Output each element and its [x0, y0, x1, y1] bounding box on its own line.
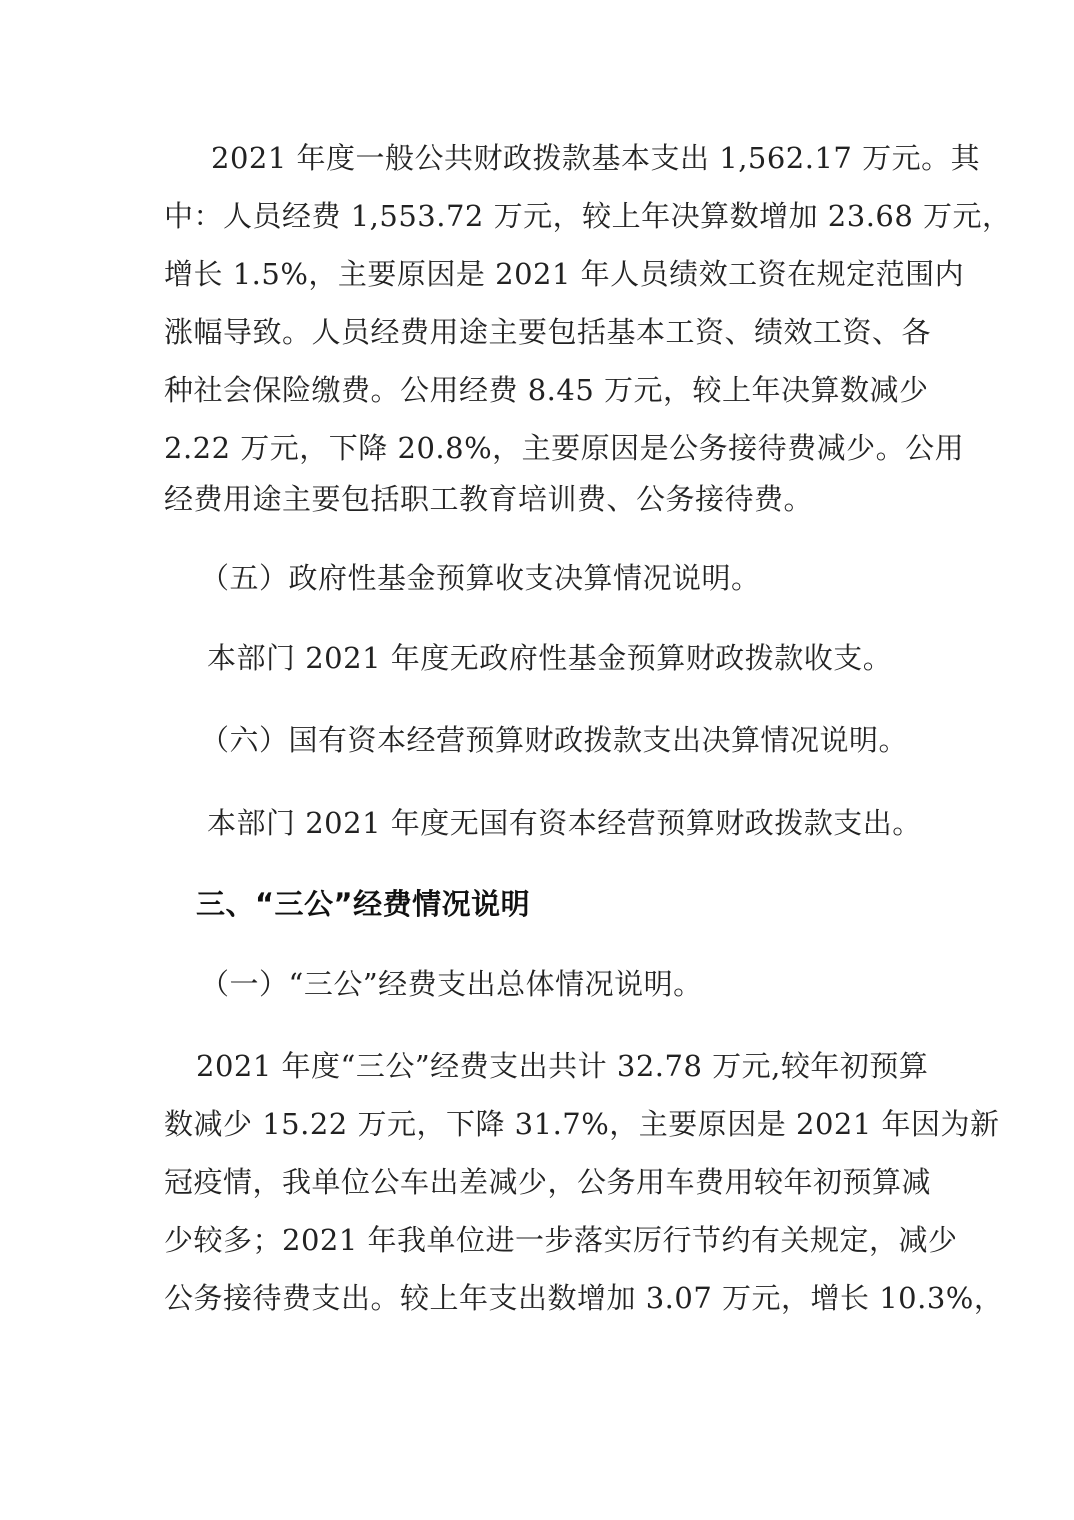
paragraph-line: 经费用途主要包括职工教育培训费、公务接待费。: [164, 479, 914, 519]
document-page: 2021 年度一般公共财政拨款基本支出 1,562.17 万元。其 中：人员经费…: [0, 0, 1074, 1520]
paragraph-line: 增长 1.5%，主要原因是 2021 年人员绩效工资在规定范围内: [164, 254, 914, 294]
paragraph-line: 数减少 15.22 万元，下降 31.7%，主要原因是 2021 年因为新: [164, 1104, 914, 1144]
paragraph-line: 少较多；2021 年我单位进一步落实厉行节约有关规定，减少: [164, 1220, 914, 1260]
paragraph-line: 种社会保险缴费。公用经费 8.45 万元，较上年决算数减少: [164, 370, 914, 410]
subheading-state-capital: （六）国有资本经营预算财政拨款支出决算情况说明。: [200, 720, 950, 760]
paragraph-line: 涨幅导致。人员经费用途主要包括基本工资、绩效工资、各: [164, 312, 914, 352]
subheading-government-fund: （五）政府性基金预算收支决算情况说明。: [200, 558, 950, 598]
paragraph-state-capital: 本部门 2021 年度无国有资本经营预算财政拨款支出。: [207, 803, 957, 843]
subheading-three-public-overview: （一）“三公”经费支出总体情况说明。: [200, 964, 950, 1004]
paragraph-line: 2021 年度一般公共财政拨款基本支出 1,562.17 万元。其: [211, 138, 914, 178]
paragraph-line: 冠疫情，我单位公车出差减少，公务用车费用较年初预算减: [164, 1162, 914, 1202]
paragraph-government-fund: 本部门 2021 年度无政府性基金预算财政拨款收支。: [207, 638, 957, 678]
paragraph-line: 2021 年度“三公”经费支出共计 32.78 万元,较年初预算: [196, 1046, 914, 1086]
paragraph-line: 2.22 万元，下降 20.8%，主要原因是公务接待费减少。公用: [164, 428, 914, 468]
paragraph-line: 公务接待费支出。较上年支出数增加 3.07 万元，增长 10.3%，: [164, 1278, 914, 1318]
section-heading-three-public: 三、“三公”经费情况说明: [196, 884, 946, 924]
paragraph-line: 中：人员经费 1,553.72 万元，较上年决算数增加 23.68 万元，: [164, 196, 914, 236]
